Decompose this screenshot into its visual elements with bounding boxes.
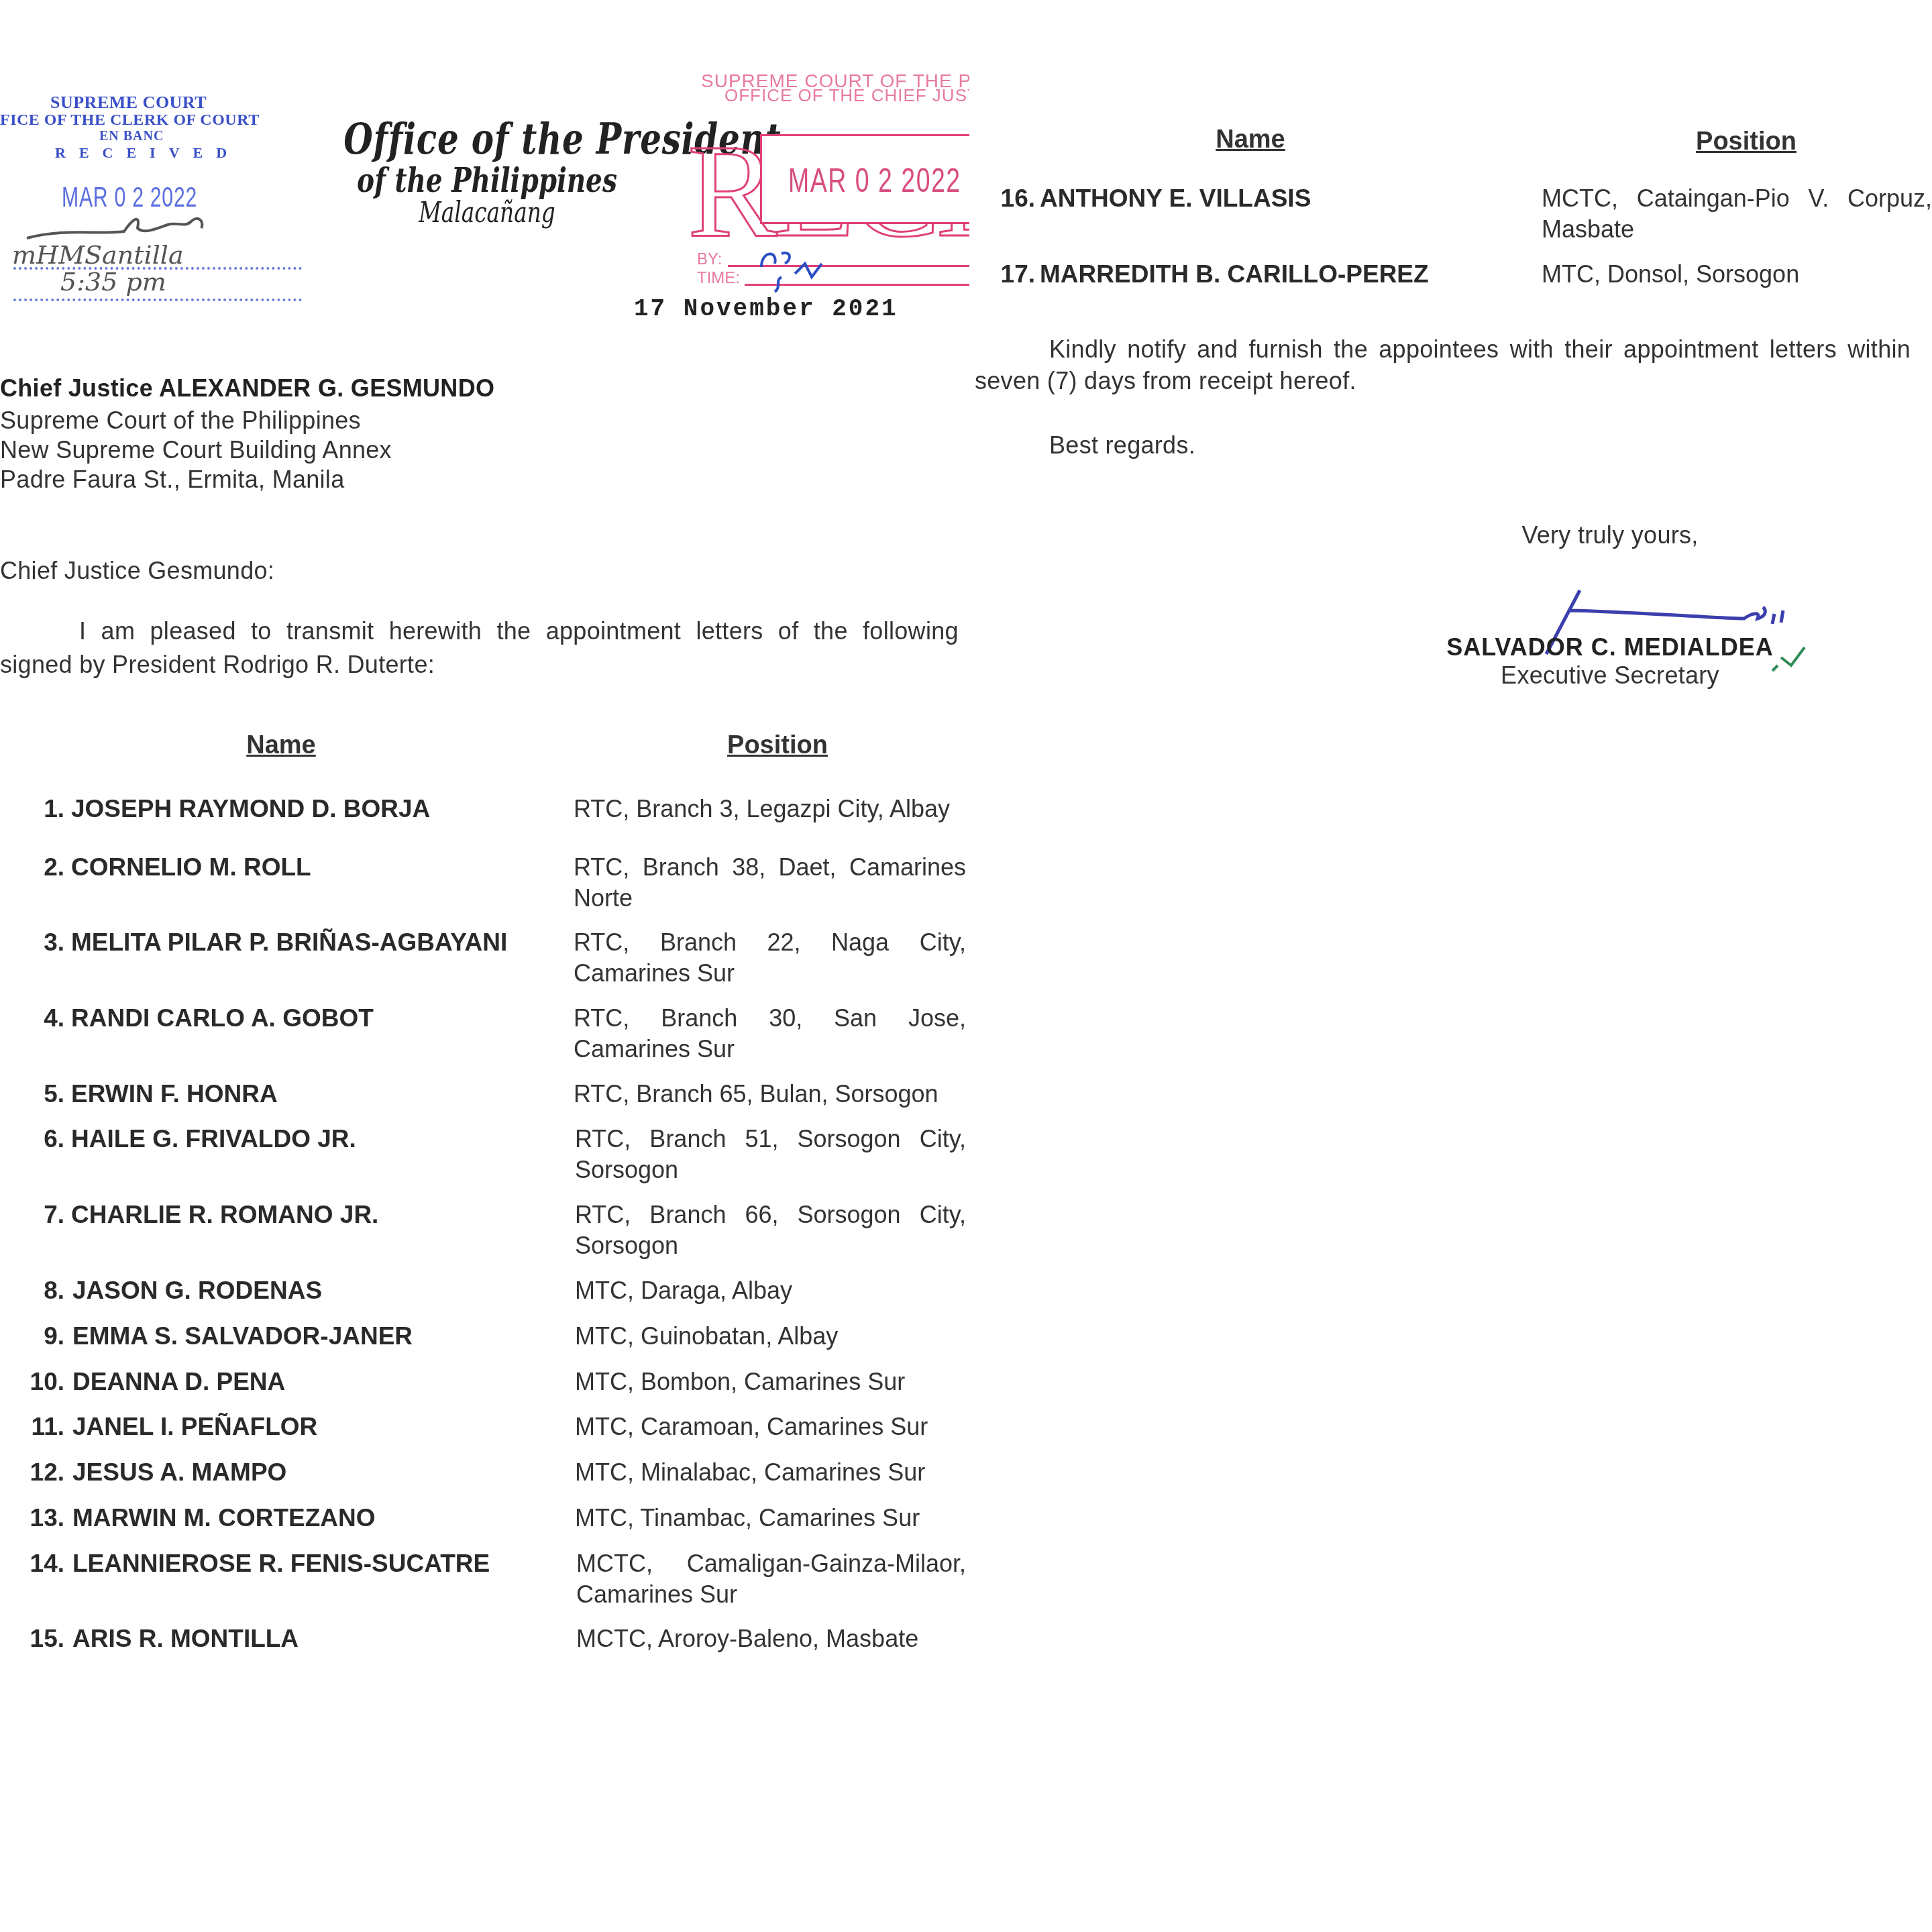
appointee-name: CORNELIO M. ROLL [71, 853, 311, 881]
received-by-handwriting: mHMSantilla [12, 240, 184, 270]
appointee-position: MTC, Bombon, Camarines Sur [575, 1366, 966, 1397]
appointee-name: EMMA S. SALVADOR-JANER [72, 1322, 413, 1350]
stamp-line: SUPREME COURT [50, 93, 207, 113]
appointee-name: RANDI CARLO A. GOBOT [71, 1004, 374, 1032]
appointee-position: MTC, Guinobatan, Albay [575, 1321, 966, 1352]
row-number: 1. [44, 795, 64, 823]
appointee-position: MTC, Daraga, Albay [575, 1275, 966, 1306]
stamp-dotted-line [13, 299, 302, 301]
row-number: 8. [44, 1277, 64, 1305]
addressee-line: Padre Faura St., Ermita, Manila [0, 466, 345, 494]
appointee-position: MTC, Donsol, Sorsogon [1542, 259, 1932, 290]
letterhead-line1: Office of the President [343, 114, 630, 164]
appointee-position: RTC, Branch 38, Daet, Camarines Norte [574, 852, 966, 914]
stamp-by-label: BY: [697, 250, 722, 269]
appointee-position: MTC, Tinambac, Camarines Sur [575, 1503, 966, 1534]
stamp-time-label: TIME: [697, 269, 740, 288]
appointee-name: LEANNIEROSE R. FENIS-SUCATRE [72, 1550, 490, 1578]
closing-paragraph-line2: seven (7) days from receipt hereof. [975, 367, 1356, 395]
salutation: Chief Justice Gesmundo: [0, 557, 274, 585]
appointee-name: JOSEPH RAYMOND D. BORJA [71, 795, 430, 823]
row-number: 10. [30, 1368, 64, 1396]
row-number: 12. [30, 1458, 64, 1487]
row-number: 7. [44, 1201, 64, 1229]
addressee-title: Chief Justice ALEXANDER G. GESMUNDO [0, 374, 494, 402]
letterhead: Office of the President of the Philippin… [303, 114, 671, 229]
appointee-position: RTC, Branch 3, Legazpi City, Albay [574, 794, 966, 824]
valediction: Very truly yours, [1521, 521, 1698, 549]
row-number: 15. [30, 1625, 64, 1653]
appointee-name: ERWIN F. HONRA [71, 1080, 278, 1108]
letterhead-line2: of the Philippines [343, 160, 630, 200]
best-regards: Best regards. [1049, 431, 1195, 460]
appointee-name: MARREDITH B. CARILLO-PEREZ [1040, 260, 1429, 288]
row-number: 9. [44, 1322, 64, 1350]
row-number: 2. [44, 853, 64, 881]
signatory-title: Executive Secretary [1501, 661, 1719, 690]
row-number: 17. [1001, 260, 1035, 288]
appointee-position: MTC, Caramoan, Camarines Sur [575, 1411, 966, 1442]
row-number: 4. [44, 1004, 64, 1032]
row-number: 6. [44, 1125, 64, 1153]
chief-justice-received-stamp: SUPREME COURT OF THE PH OFFICE OF THE CH… [688, 70, 969, 299]
appointee-name: HAILE G. FRIVALDO JR. [71, 1125, 356, 1153]
appointee-position: RTC, Branch 30, San Jose, Camarines Sur [574, 1003, 966, 1065]
appointee-position: MCTC, Aroroy-Baleno, Masbate [576, 1623, 966, 1654]
appointee-position: RTC, Branch 65, Bulan, Sorsogon [574, 1079, 966, 1110]
addressee-line: Supreme Court of the Philippines [0, 407, 361, 435]
table-header-name: Name [1216, 125, 1285, 154]
intro-paragraph-line1: I am pleased to transmit herewith the ap… [79, 617, 966, 645]
intro-paragraph-line2: signed by President Rodrigo R. Duterte: [0, 651, 435, 679]
appointee-position: MTC, Minalabac, Camarines Sur [575, 1457, 966, 1488]
row-number: 14. [30, 1550, 64, 1578]
appointee-position: RTC, Branch 66, Sorsogon City, Sorsogon [575, 1199, 966, 1261]
appointee-position: RTC, Branch 51, Sorsogon City, Sorsogon [575, 1124, 966, 1185]
appointee-name: ARIS R. MONTILLA [72, 1625, 299, 1653]
signatory-name: SALVADOR C. MEDIALDEA [1446, 633, 1774, 661]
table-header-position: Position [1696, 127, 1796, 156]
row-number: 3. [44, 928, 64, 957]
addressee-prefix: Chief Justice [0, 374, 159, 402]
row-number: 11. [32, 1413, 64, 1441]
stamp-line: FICE OF THE CLERK OF COURT [0, 111, 305, 129]
appointee-name: CHARLIE R. ROMANO JR. [71, 1201, 378, 1229]
row-number: 13. [30, 1504, 64, 1532]
appointee-name: JASON G. RODENAS [72, 1277, 322, 1305]
appointee-name: MARWIN M. CORTEZANO [72, 1504, 376, 1532]
handwritten-initials-icon [755, 244, 835, 297]
table-header-name: Name [246, 731, 316, 760]
letter-date: 17 November 2021 [634, 295, 898, 323]
stamp-date: MAR 0 2 2022 [788, 161, 961, 200]
closing-paragraph-line1: Kindly notify and furnish the appointees… [1049, 335, 1911, 364]
appointee-name: DEANNA D. PENA [72, 1368, 285, 1396]
row-number: 16. [1001, 184, 1035, 213]
appointee-name: JESUS A. MAMPO [72, 1458, 286, 1487]
letterhead-line3: Malacañang [343, 196, 630, 229]
stamp-line: EN BANC [99, 129, 164, 144]
appointee-name: MELITA PILAR P. BRIÑAS-AGBAYANI [71, 928, 507, 957]
appointee-name: ANTHONY E. VILLASIS [1040, 184, 1311, 213]
addressee-name: ALEXANDER G. GESMUNDO [159, 374, 494, 402]
appointee-position: RTC, Branch 22, Naga City, Camarines Sur [574, 927, 966, 989]
received-time-handwriting: 5:35 pm [60, 267, 166, 297]
appointee-position: MCTC, Cataingan-Pio V. Corpuz, Masbate [1542, 183, 1932, 245]
clerk-received-stamp: SUPREME COURT FICE OF THE CLERK OF COURT… [0, 87, 309, 315]
addressee-line: New Supreme Court Building Annex [0, 436, 392, 464]
stamp-line: RECEIVED [55, 144, 240, 162]
row-number: 5. [44, 1080, 64, 1108]
table-header-position: Position [727, 731, 828, 760]
appointee-name: JANEL I. PEÑAFLOR [72, 1413, 317, 1441]
appointee-position: MCTC, Camaligan-Gainza-Milaor, Camarines… [576, 1548, 966, 1610]
stamp-line: OFFICE OF THE CHIEF JUSTIC [724, 85, 969, 106]
